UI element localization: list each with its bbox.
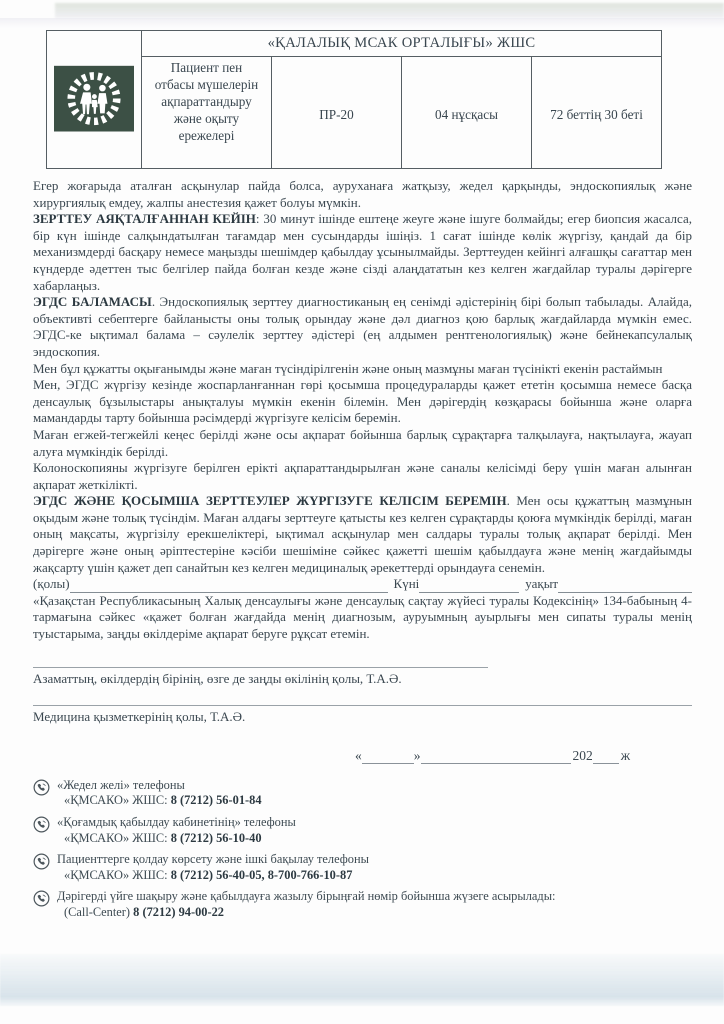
contact-text: Пациенттерге қолдау көрсету және ішкі ба… bbox=[57, 852, 369, 883]
page-content: «ҚАЛАЛЫҚ МСАК ОРТАЛЫҒЫ» ЖШС Пациент пен … bbox=[33, 30, 692, 927]
day-blank-line bbox=[362, 751, 414, 764]
document-pages: 72 беттің 30 беті bbox=[532, 57, 662, 169]
month-blank-line bbox=[421, 751, 571, 764]
contact-phone-number: 8 (7212) 56-01-84 bbox=[171, 793, 262, 807]
phone-call-icon bbox=[33, 815, 57, 846]
paragraph: ЗЕРТТЕУ АЯҚТАЛҒАННАН КЕЙІН: 30 минут іші… bbox=[33, 211, 692, 294]
document-title: Пациент пен отбасы мүшелерін ақпараттанд… bbox=[142, 57, 272, 169]
section-heading: ЭГДС ЖӘНЕ ҚОСЫМША ЗЕРТТЕУЛЕР ЖҮРГІЗУГЕ К… bbox=[33, 493, 507, 508]
medic-signature-caption: Медицина қызметкерінің қолы, Т.А.Ә. bbox=[33, 709, 692, 726]
organization-title: «ҚАЛАЛЫҚ МСАК ОРТАЛЫҒЫ» ЖШС bbox=[142, 31, 662, 57]
contact-entry: «Қоғамдық қабылдау кабинетінің» телефоны… bbox=[33, 815, 692, 846]
contact-entry: Дәрігерді үйге шақыру және қабылдауға жа… bbox=[33, 889, 692, 920]
paragraph: Мен, ЭГДС жүргізу кезінде жоспарланғанна… bbox=[33, 377, 692, 427]
contact-value: «ҚМСАКО» ЖШС: 8 (7212) 56-01-84 bbox=[57, 793, 262, 809]
section-heading: ЭГДС БАЛАМАСЫ bbox=[33, 294, 152, 309]
document-date-row: «»202ж bbox=[33, 748, 692, 764]
contact-entry: «Жедел желі» телефоны«ҚМСАКО» ЖШС: 8 (72… bbox=[33, 778, 692, 809]
date-close-quote: » bbox=[414, 748, 421, 764]
scan-artifact-top-2 bbox=[0, 18, 724, 28]
paragraph: Егер жоғарыда аталған асқынулар пайда бо… bbox=[33, 178, 692, 211]
date-blank-line bbox=[419, 580, 519, 593]
signature-blank-line bbox=[70, 580, 388, 593]
scan-artifact-bottom bbox=[0, 954, 724, 1006]
contact-phone-number: 8 (7212) 56-40-05, 8-700-766-10-87 bbox=[171, 868, 353, 882]
paragraph: Колоноскопияны жүргізуге берілген ерікті… bbox=[33, 460, 692, 493]
document-version: 04 нұсқасы bbox=[402, 57, 532, 169]
medic-signature-line bbox=[33, 705, 692, 706]
citizen-signature-caption: Азаматтың, өкілдердің бірінің, өзге де з… bbox=[33, 671, 692, 688]
logo-cell bbox=[47, 31, 142, 169]
scan-artifact-top bbox=[55, 3, 724, 18]
citizen-signature-line bbox=[33, 667, 488, 668]
year-blank-line bbox=[593, 751, 619, 764]
contact-label: «Жедел желі» телефоны bbox=[57, 778, 262, 794]
document-header-table: «ҚАЛАЛЫҚ МСАК ОРТАЛЫҒЫ» ЖШС Пациент пен … bbox=[46, 30, 662, 169]
consent-note-wrap: «Қазақстан Республикасының Халық денсаул… bbox=[33, 593, 692, 643]
contact-phone-number: 8 (7212) 56-10-40 bbox=[171, 831, 262, 845]
paragraph: ЭГДС ЖӘНЕ ҚОСЫМША ЗЕРТТЕУЛЕР ЖҮРГІЗУГЕ К… bbox=[33, 493, 692, 576]
scanned-consent-document: «ҚАЛАЛЫҚ МСАК ОРТАЛЫҒЫ» ЖШС Пациент пен … bbox=[0, 0, 724, 1024]
contact-value: «ҚМСАКО» ЖШС: 8 (7212) 56-10-40 bbox=[57, 831, 296, 847]
contact-org: «ҚМСАКО» ЖШС: bbox=[64, 868, 171, 882]
paragraph: Маған егжей-тегжейлі кеңес берілді және … bbox=[33, 427, 692, 460]
phone-call-icon bbox=[33, 889, 57, 920]
document-paragraphs: Егер жоғарыда аталған асқынулар пайда бо… bbox=[33, 178, 692, 576]
section-heading: ЗЕРТТЕУ АЯҚТАЛҒАННАН КЕЙІН bbox=[33, 211, 256, 226]
contact-entry: Пациенттерге қолдау көрсету және ішкі ба… bbox=[33, 852, 692, 883]
paragraph: Мен бұл құжатты оқығанымды және маған тү… bbox=[33, 361, 692, 378]
contact-label: «Қоғамдық қабылдау кабинетінің» телефоны bbox=[57, 815, 296, 831]
year-suffix: ж bbox=[621, 748, 630, 764]
time-blank-line bbox=[558, 580, 692, 593]
date-label: Күні bbox=[394, 576, 420, 593]
phone-call-icon bbox=[33, 852, 57, 883]
consent-note: «Қазақстан Республикасының Халық денсаул… bbox=[33, 593, 692, 643]
contact-phone-number: 8 (7212) 94-00-22 bbox=[133, 905, 224, 919]
document-code: ПР-20 bbox=[272, 57, 402, 169]
contact-value: (Call-Center) 8 (7212) 94-00-22 bbox=[57, 905, 555, 921]
contact-org: «ҚМСАКО» ЖШС: bbox=[64, 793, 171, 807]
signature-label: (қолы) bbox=[33, 576, 70, 593]
contact-text: «Қоғамдық қабылдау кабинетінің» телефоны… bbox=[57, 815, 296, 846]
date-open-quote: « bbox=[355, 748, 362, 764]
contact-org: «ҚМСАКО» ЖШС: bbox=[64, 831, 171, 845]
signature-inline-row: (қолы) Күні уақыт bbox=[33, 576, 692, 593]
contact-value: «ҚМСАКО» ЖШС: 8 (7212) 56-40-05, 8-700-7… bbox=[57, 868, 369, 884]
phone-call-icon bbox=[33, 778, 57, 809]
contact-label: Дәрігерді үйге шақыру және қабылдауға жа… bbox=[57, 889, 555, 905]
contact-label: Пациенттерге қолдау көрсету және ішкі ба… bbox=[57, 852, 369, 868]
time-label: уақыт bbox=[525, 576, 558, 593]
paragraph: ЭГДС БАЛАМАСЫ. Эндоскопиялық зерттеу диа… bbox=[33, 294, 692, 360]
contact-org: (Call-Center) bbox=[64, 905, 133, 919]
contact-text: Дәрігерді үйге шақыру және қабылдауға жа… bbox=[57, 889, 555, 920]
contact-phone-list: «Жедел желі» телефоны«ҚМСАКО» ЖШС: 8 (72… bbox=[33, 778, 692, 921]
year-prefix: 202 bbox=[573, 748, 593, 764]
family-emblem-icon bbox=[54, 61, 134, 138]
contact-text: «Жедел желі» телефоны«ҚМСАКО» ЖШС: 8 (72… bbox=[57, 778, 262, 809]
